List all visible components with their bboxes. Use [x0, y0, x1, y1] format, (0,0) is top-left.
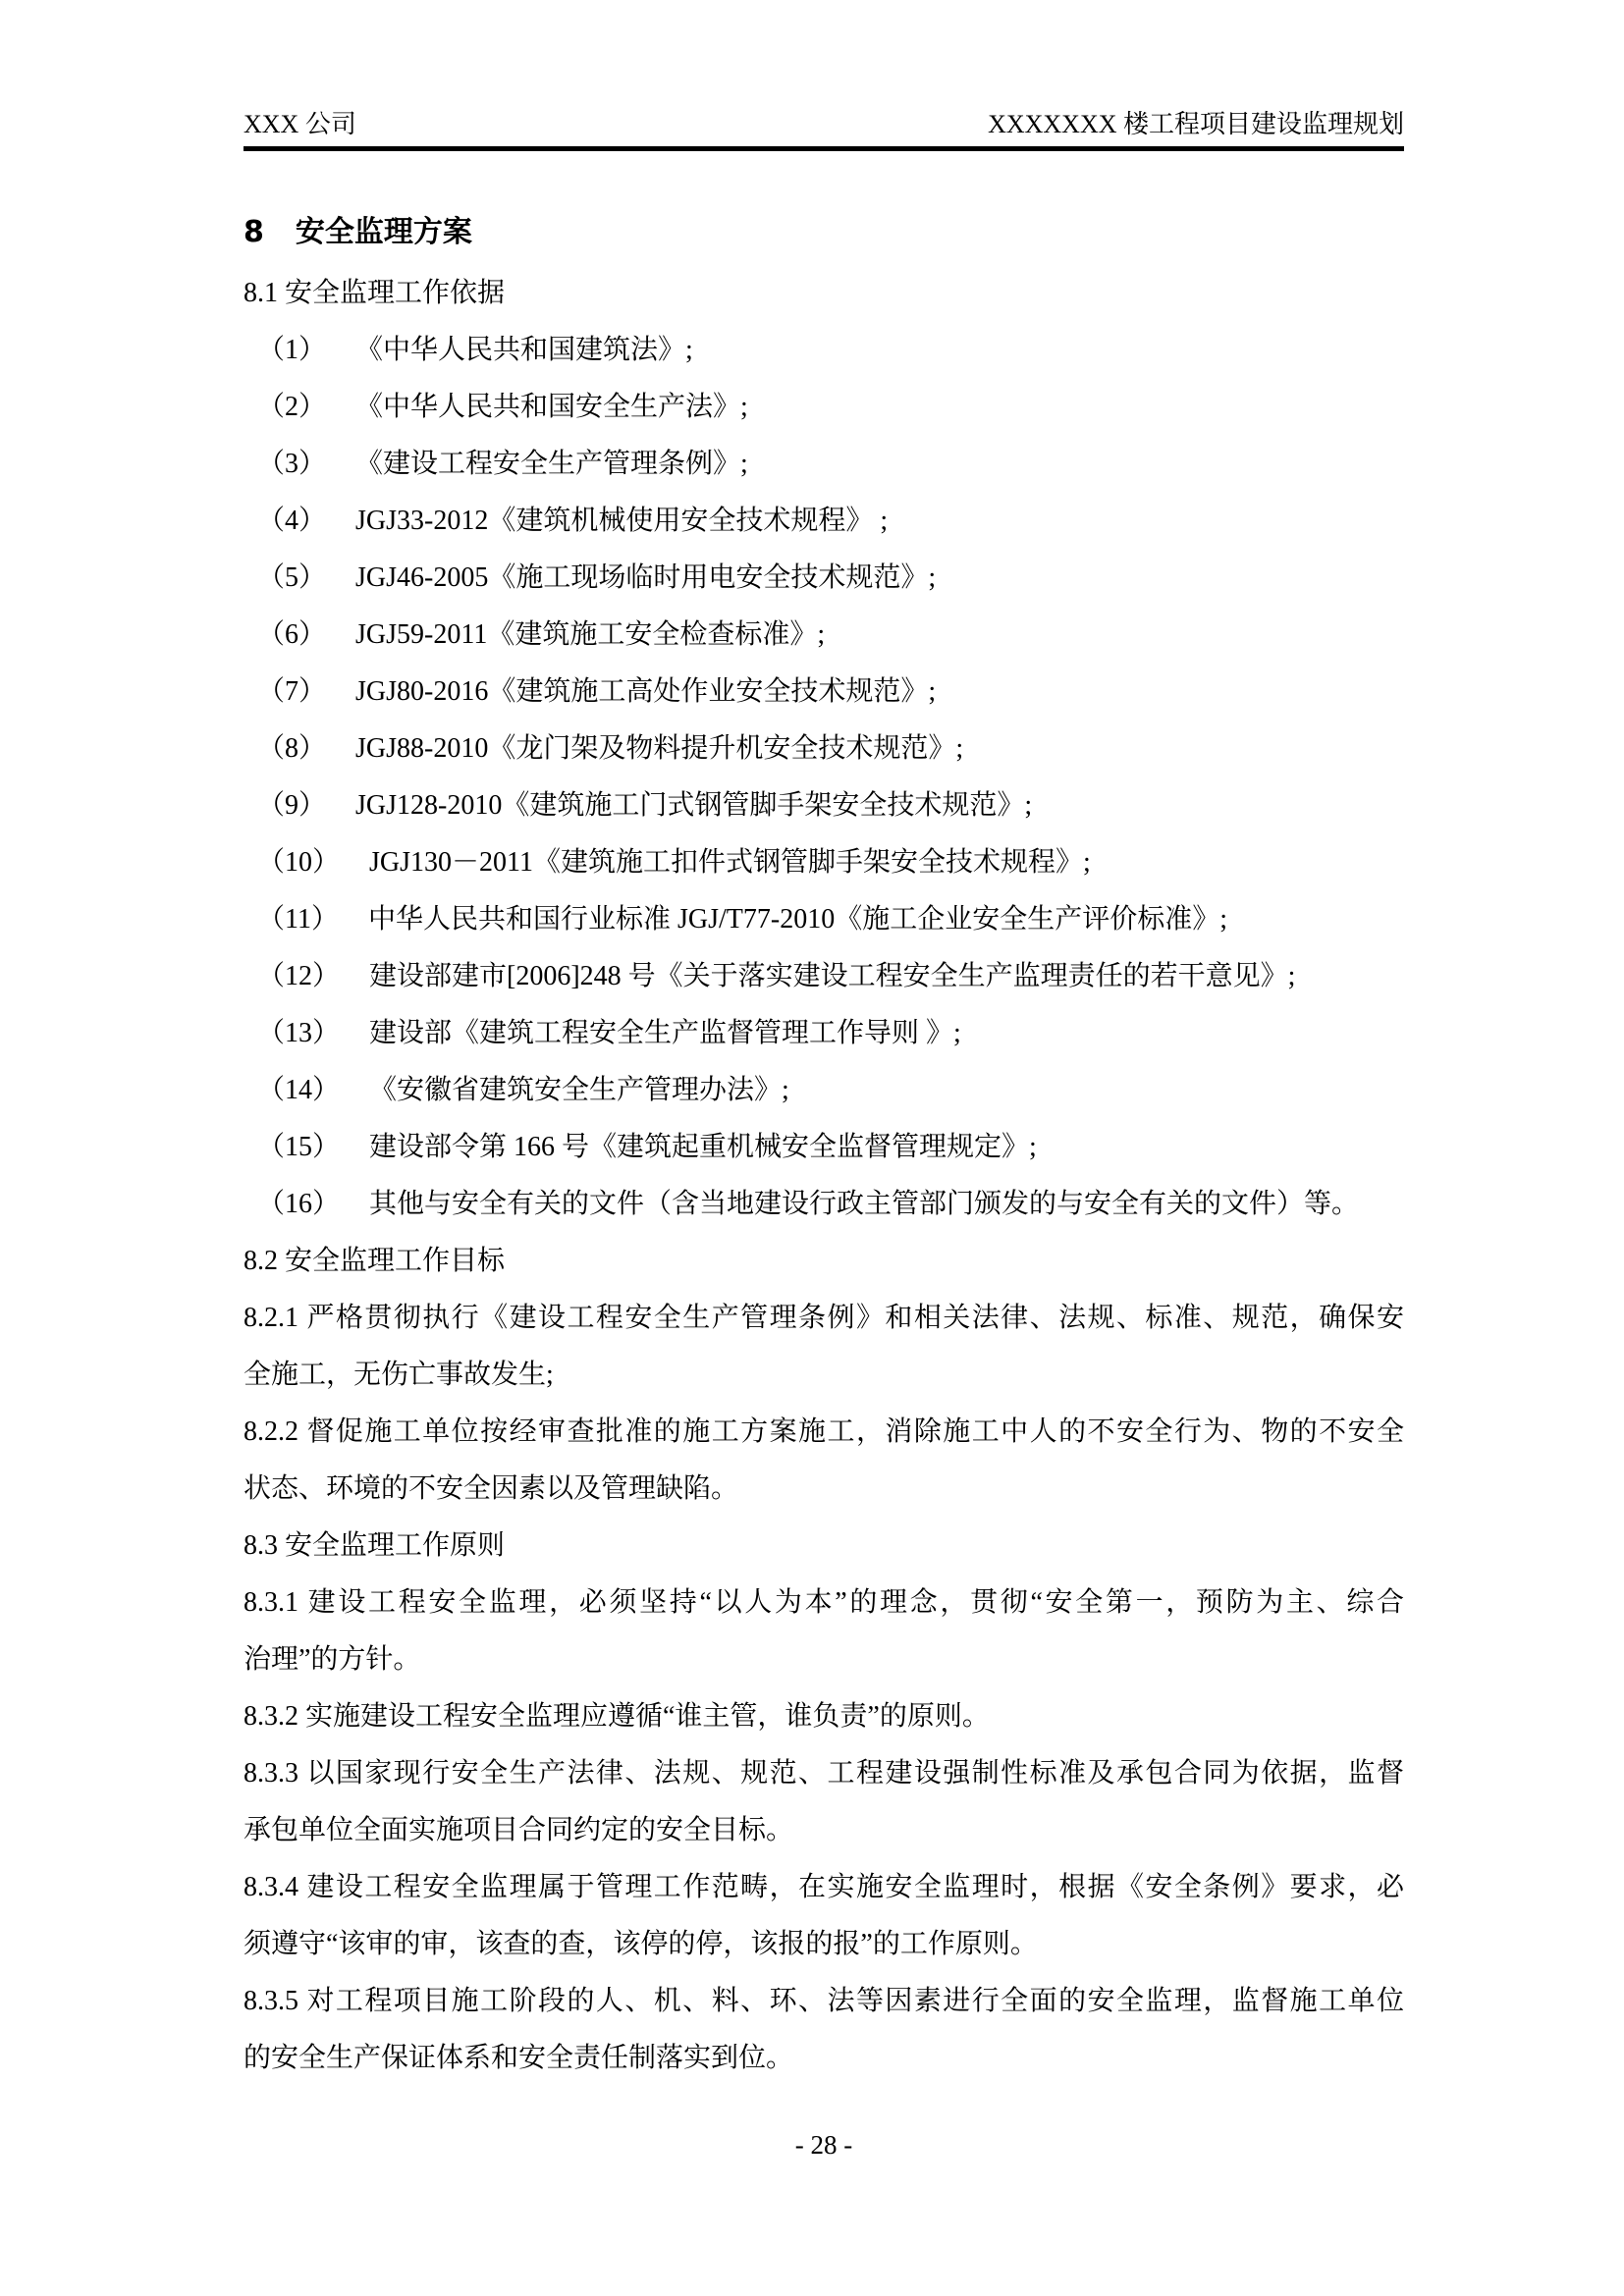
list-item: （2）《中华人民共和国安全生产法》; [244, 379, 1404, 436]
section-number: 8 [244, 212, 264, 253]
paragraph: 8.3.5 对工程项目施工阶段的人、机、料、环、法等因素进行全面的安全监理，监督… [244, 1973, 1404, 2087]
document-page: XXX 公司 XXXXXXX 楼工程项目建设监理规划 8安全监理方案 8.1 安… [0, 0, 1624, 2296]
section-title: 安全监理方案 [296, 215, 472, 249]
list-item-text: 建设部《建筑工程安全生产监督管理工作导则 》; [369, 1018, 961, 1048]
list-item-text: JGJ88-2010《龙门架及物料提升机安全技术规范》; [355, 733, 963, 764]
list-item-number: （15） [257, 1119, 340, 1176]
list-item-text: JGJ59-2011《建筑施工安全检查标准》; [355, 619, 825, 650]
paragraph: 8.3.1 建设工程安全监理，必须坚持“以人为本”的理念，贯彻“安全第一，预防为… [244, 1575, 1404, 1688]
paragraph-line: 8.3.3 以国家现行安全生产法律、法规、规范、工程建设强制性标准及承包合同为依… [244, 1745, 1404, 1802]
list-item: （1）《中华人民共和国建筑法》; [244, 322, 1404, 379]
paragraph: 8.2.2 督促施工单位按经审查批准的施工方案施工，消除施工中人的不安全行为、物… [244, 1404, 1404, 1518]
page-number: - 28 - [795, 2130, 852, 2160]
subsection-heading: 8.2 安全监理工作目标 [244, 1233, 1404, 1290]
paragraph: 8.3.3 以国家现行安全生产法律、法规、规范、工程建设强制性标准及承包合同为依… [244, 1745, 1404, 1859]
list-item-number: （11） [257, 891, 339, 948]
page-footer: - 28 - [244, 2128, 1404, 2162]
list-item-text: 其他与安全有关的文件（含当地建设行政主管部门颁发的与安全有关的文件）等。 [369, 1189, 1359, 1219]
subsection-heading: 8.1 安全监理工作依据 [244, 265, 1404, 322]
list-item-text: 《中华人民共和国建筑法》; [355, 335, 693, 365]
list-item: （3）《建设工程安全生产管理条例》; [244, 436, 1404, 493]
list-item: （14）《安徽省建筑安全生产管理办法》; [244, 1062, 1404, 1119]
list-item: （6）JGJ59-2011《建筑施工安全检查标准》; [244, 607, 1404, 664]
list-item-number: （3） [257, 436, 326, 493]
list-item: （13）建设部《建筑工程安全生产监督管理工作导则 》; [244, 1005, 1404, 1062]
paragraph-line: 8.3.4 建设工程安全监理属于管理工作范畴，在实施安全监理时，根据《安全条例》… [244, 1859, 1404, 1916]
list-item-text: 建设部建市[2006]248 号《关于落实建设工程安全生产监理责任的若干意见》; [369, 961, 1295, 991]
list-item-number: （13） [257, 1005, 340, 1062]
list-item-number: （1） [257, 322, 326, 379]
list-item-number: （4） [257, 493, 326, 550]
paragraph-line: 8.2.2 督促施工单位按经审查批准的施工方案施工，消除施工中人的不安全行为、物… [244, 1404, 1404, 1461]
list-item: （9）JGJ128-2010《建筑施工门式钢管脚手架安全技术规范》; [244, 777, 1404, 834]
paragraph: 8.3.4 建设工程安全监理属于管理工作范畴，在实施安全监理时，根据《安全条例》… [244, 1859, 1404, 1973]
list-item-text: JGJ33-2012《建筑机械使用安全技术规程》 ; [355, 506, 888, 536]
list-item-text: 建设部令第 166 号《建筑起重机械安全监督管理规定》; [369, 1132, 1037, 1162]
paragraph-line: 须遵守“该审的审，该查的查，该停的停，该报的报”的工作原则。 [244, 1916, 1404, 1973]
list-item-number: （8） [257, 721, 326, 777]
paragraph: 8.2.1 严格贯彻执行《建设工程安全生产管理条例》和相关法律、法规、标准、规范… [244, 1290, 1404, 1404]
subsection-heading: 8.3 安全监理工作原则 [244, 1518, 1404, 1575]
list-item-number: （6） [257, 607, 326, 664]
list-item-number: （14） [257, 1062, 340, 1119]
header-document-title: XXXXXXX 楼工程项目建设监理规划 [988, 110, 1404, 139]
list-item-number: （2） [257, 379, 326, 436]
paragraph-line: 全施工，无伤亡事故发生; [244, 1347, 1404, 1404]
header-company: XXX 公司 [244, 110, 356, 139]
list-item: （11）中华人民共和国行业标准 JGJ/T77-2010《施工企业安全生产评价标… [244, 891, 1404, 948]
list-item: （7）JGJ80-2016《建筑施工高处作业安全技术规范》; [244, 664, 1404, 721]
paragraph-line: 治理”的方针。 [244, 1631, 1404, 1688]
paragraph-line: 8.3.5 对工程项目施工阶段的人、机、料、环、法等因素进行全面的安全监理，监督… [244, 1973, 1404, 2030]
paragraph-line: 8.2.1 严格贯彻执行《建设工程安全生产管理条例》和相关法律、法规、标准、规范… [244, 1290, 1404, 1347]
section-heading: 8安全监理方案 [244, 212, 1404, 253]
list-item: （10）JGJ130－2011《建筑施工扣件式钢管脚手架安全技术规程》; [244, 834, 1404, 891]
list-item: （16）其他与安全有关的文件（含当地建设行政主管部门颁发的与安全有关的文件）等。 [244, 1176, 1404, 1233]
list-item-text: JGJ80-2016《建筑施工高处作业安全技术规范》; [355, 676, 936, 707]
page-header: XXX 公司 XXXXXXX 楼工程项目建设监理规划 [244, 110, 1404, 151]
list-item-text: JGJ130－2011《建筑施工扣件式钢管脚手架安全技术规程》; [369, 847, 1091, 878]
document-body: 8.1 安全监理工作依据（1）《中华人民共和国建筑法》;（2）《中华人民共和国安… [244, 265, 1404, 2087]
list-item-text: 《建设工程安全生产管理条例》; [355, 449, 748, 479]
paragraph-line: 状态、环境的不安全因素以及管理缺陷。 [244, 1461, 1404, 1518]
list-item: （8）JGJ88-2010《龙门架及物料提升机安全技术规范》; [244, 721, 1404, 777]
list-item: （12）建设部建市[2006]248 号《关于落实建设工程安全生产监理责任的若干… [244, 948, 1404, 1005]
list-item-text: JGJ128-2010《建筑施工门式钢管脚手架安全技术规范》; [355, 790, 1032, 821]
paragraph: 8.3.2 实施建设工程安全监理应遵循“谁主管，谁负责”的原则。 [244, 1688, 1404, 1745]
list-item: （5）JGJ46-2005《施工现场临时用电安全技术规范》; [244, 550, 1404, 607]
paragraph-line: 承包单位全面实施项目合同约定的安全目标。 [244, 1802, 1404, 1859]
list-item: （15）建设部令第 166 号《建筑起重机械安全监督管理规定》; [244, 1119, 1404, 1176]
document-content: 8安全监理方案 8.1 安全监理工作依据（1）《中华人民共和国建筑法》;（2）《… [244, 212, 1404, 2087]
list-item-number: （5） [257, 550, 326, 607]
list-item-text: 《安徽省建筑安全生产管理办法》; [369, 1075, 789, 1105]
list-item-number: （16） [257, 1176, 340, 1233]
list-item-number: （9） [257, 777, 326, 834]
list-item-number: （12） [257, 948, 340, 1005]
list-item-number: （10） [257, 834, 340, 891]
list-item-text: 中华人民共和国行业标准 JGJ/T77-2010《施工企业安全生产评价标准》; [368, 904, 1227, 934]
paragraph-line: 8.3.1 建设工程安全监理，必须坚持“以人为本”的理念，贯彻“安全第一，预防为… [244, 1575, 1404, 1631]
paragraph-line: 8.3.2 实施建设工程安全监理应遵循“谁主管，谁负责”的原则。 [244, 1688, 1404, 1745]
list-item-number: （7） [257, 664, 326, 721]
paragraph-line: 的安全生产保证体系和安全责任制落实到位。 [244, 2030, 1404, 2087]
list-item-text: JGJ46-2005《施工现场临时用电安全技术规范》; [355, 562, 936, 593]
list-item: （4）JGJ33-2012《建筑机械使用安全技术规程》 ; [244, 493, 1404, 550]
list-item-text: 《中华人民共和国安全生产法》; [355, 392, 748, 422]
